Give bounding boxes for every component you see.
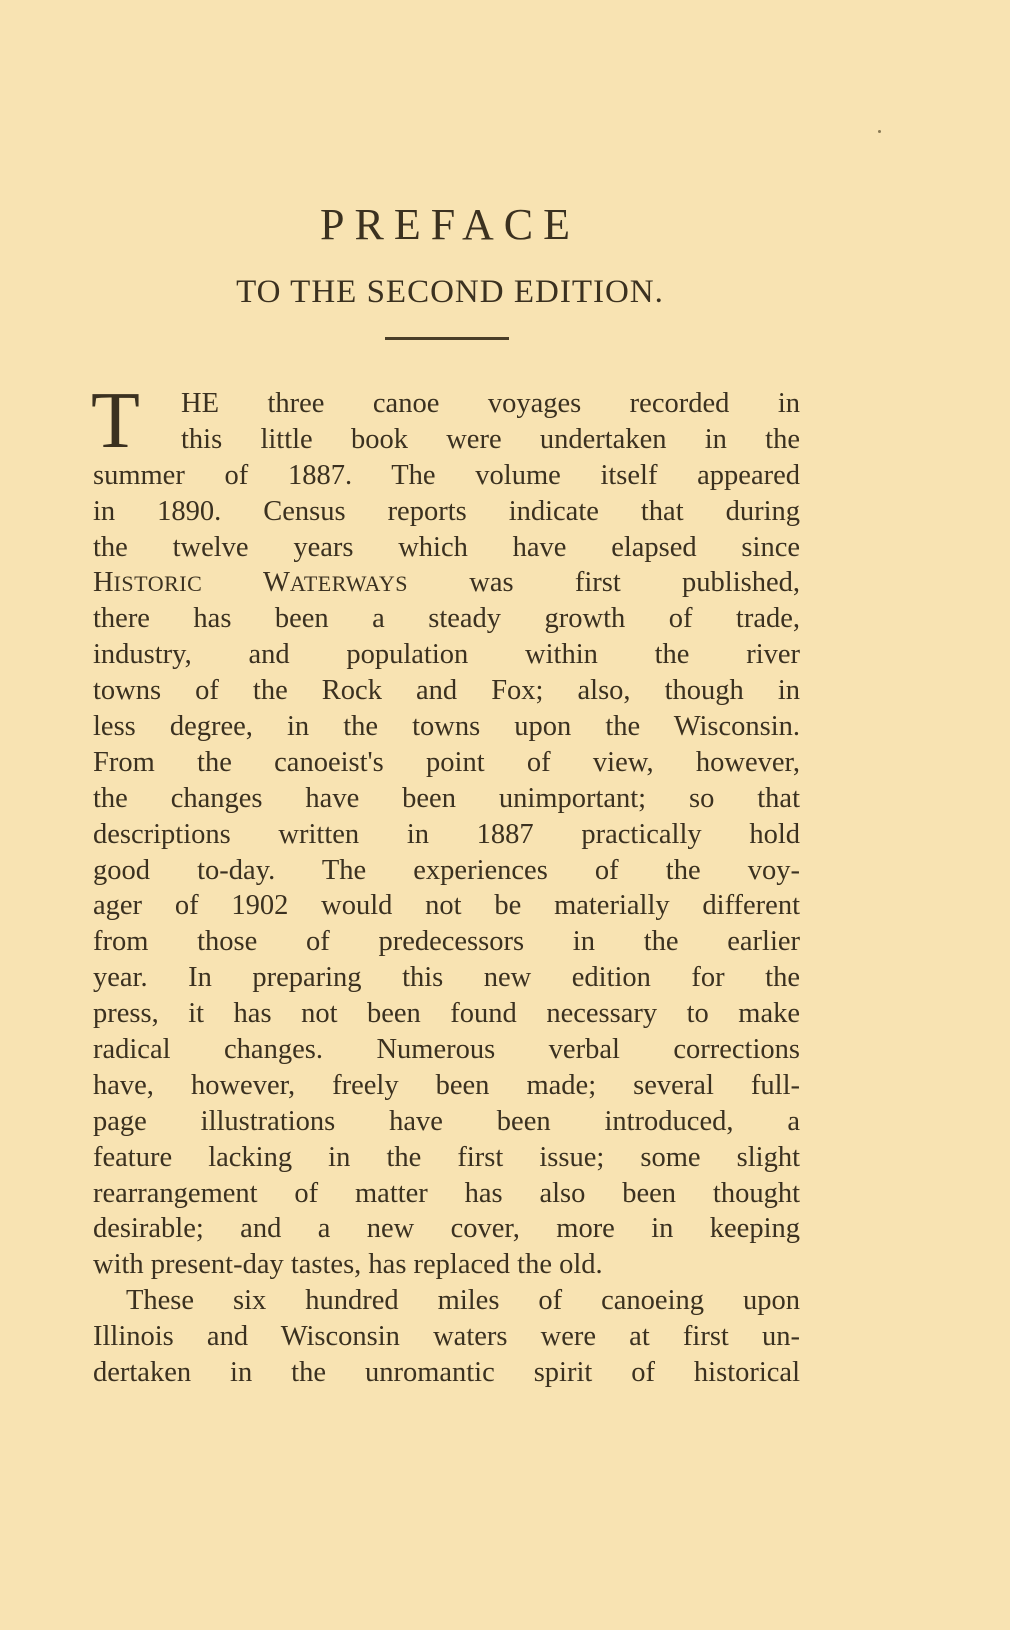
paper-speck [878, 130, 881, 133]
text-line: summer of 1887. The volume itself appear… [93, 458, 800, 494]
text-line: there has been a steady growth of trade, [93, 601, 800, 637]
text-line: this little book were undertaken in the [93, 422, 800, 458]
text-line: year. In preparing this new edition for … [93, 960, 800, 996]
text-line: HE three canoe voyages recorded in [93, 386, 800, 422]
text-line: From the canoeist's point of view, howev… [93, 745, 800, 781]
preface-body: T HE three canoe voyages recorded in thi… [93, 386, 800, 1391]
decorative-rule [385, 337, 509, 340]
text-line: the twelve years which have elapsed sinc… [93, 530, 800, 566]
text-line: the changes have been unimportant; so th… [93, 781, 800, 817]
paragraph-2: These six hundred miles of canoeing upon… [93, 1283, 800, 1391]
drop-cap: T [91, 386, 140, 456]
text-line: Illinois and Wisconsin waters were at fi… [93, 1319, 800, 1355]
text-line: have, however, freely been made; several… [93, 1068, 800, 1104]
text-line: page illustrations have been introduced,… [93, 1104, 800, 1140]
text-line: industry, and population within the rive… [93, 637, 800, 673]
text-line: in 1890. Census reports indicate that du… [93, 494, 800, 530]
text-line: desirable; and a new cover, more in keep… [93, 1211, 800, 1247]
text-line: rearrangement of matter has also been th… [93, 1176, 800, 1212]
text-line: from those of predecessors in the earlie… [93, 924, 800, 960]
text-line: radical changes. Numerous verbal correct… [93, 1032, 800, 1068]
book-title-small-caps: HISTORIC WATERWAYS [93, 567, 408, 598]
text-line: with present-day tastes, has replaced th… [93, 1247, 800, 1283]
text-line: feature lacking in the first issue; some… [93, 1140, 800, 1176]
text-line: less degree, in the towns upon the Wisco… [93, 709, 800, 745]
paragraph-1: T HE three canoe voyages recorded in thi… [93, 386, 800, 1283]
text-line: towns of the Rock and Fox; also, though … [93, 673, 800, 709]
text-line: These six hundred miles of canoeing upon [93, 1283, 800, 1319]
text-line: good to-day. The experiences of the voy- [93, 853, 800, 889]
text-line: ager of 1902 would not be materially dif… [93, 888, 800, 924]
page-title: PREFACE [0, 200, 900, 250]
text-line-with-book-title: HISTORIC WATERWAYS was first published, [93, 565, 800, 601]
text-line: dertaken in the unromantic spirit of his… [93, 1355, 800, 1391]
text-line: press, it has not been found necessary t… [93, 996, 800, 1032]
book-page: PREFACE TO THE SECOND EDITION. T HE thre… [0, 0, 1010, 1630]
text-line: descriptions written in 1887 practically… [93, 817, 800, 853]
page-subtitle: TO THE SECOND EDITION. [0, 272, 900, 312]
